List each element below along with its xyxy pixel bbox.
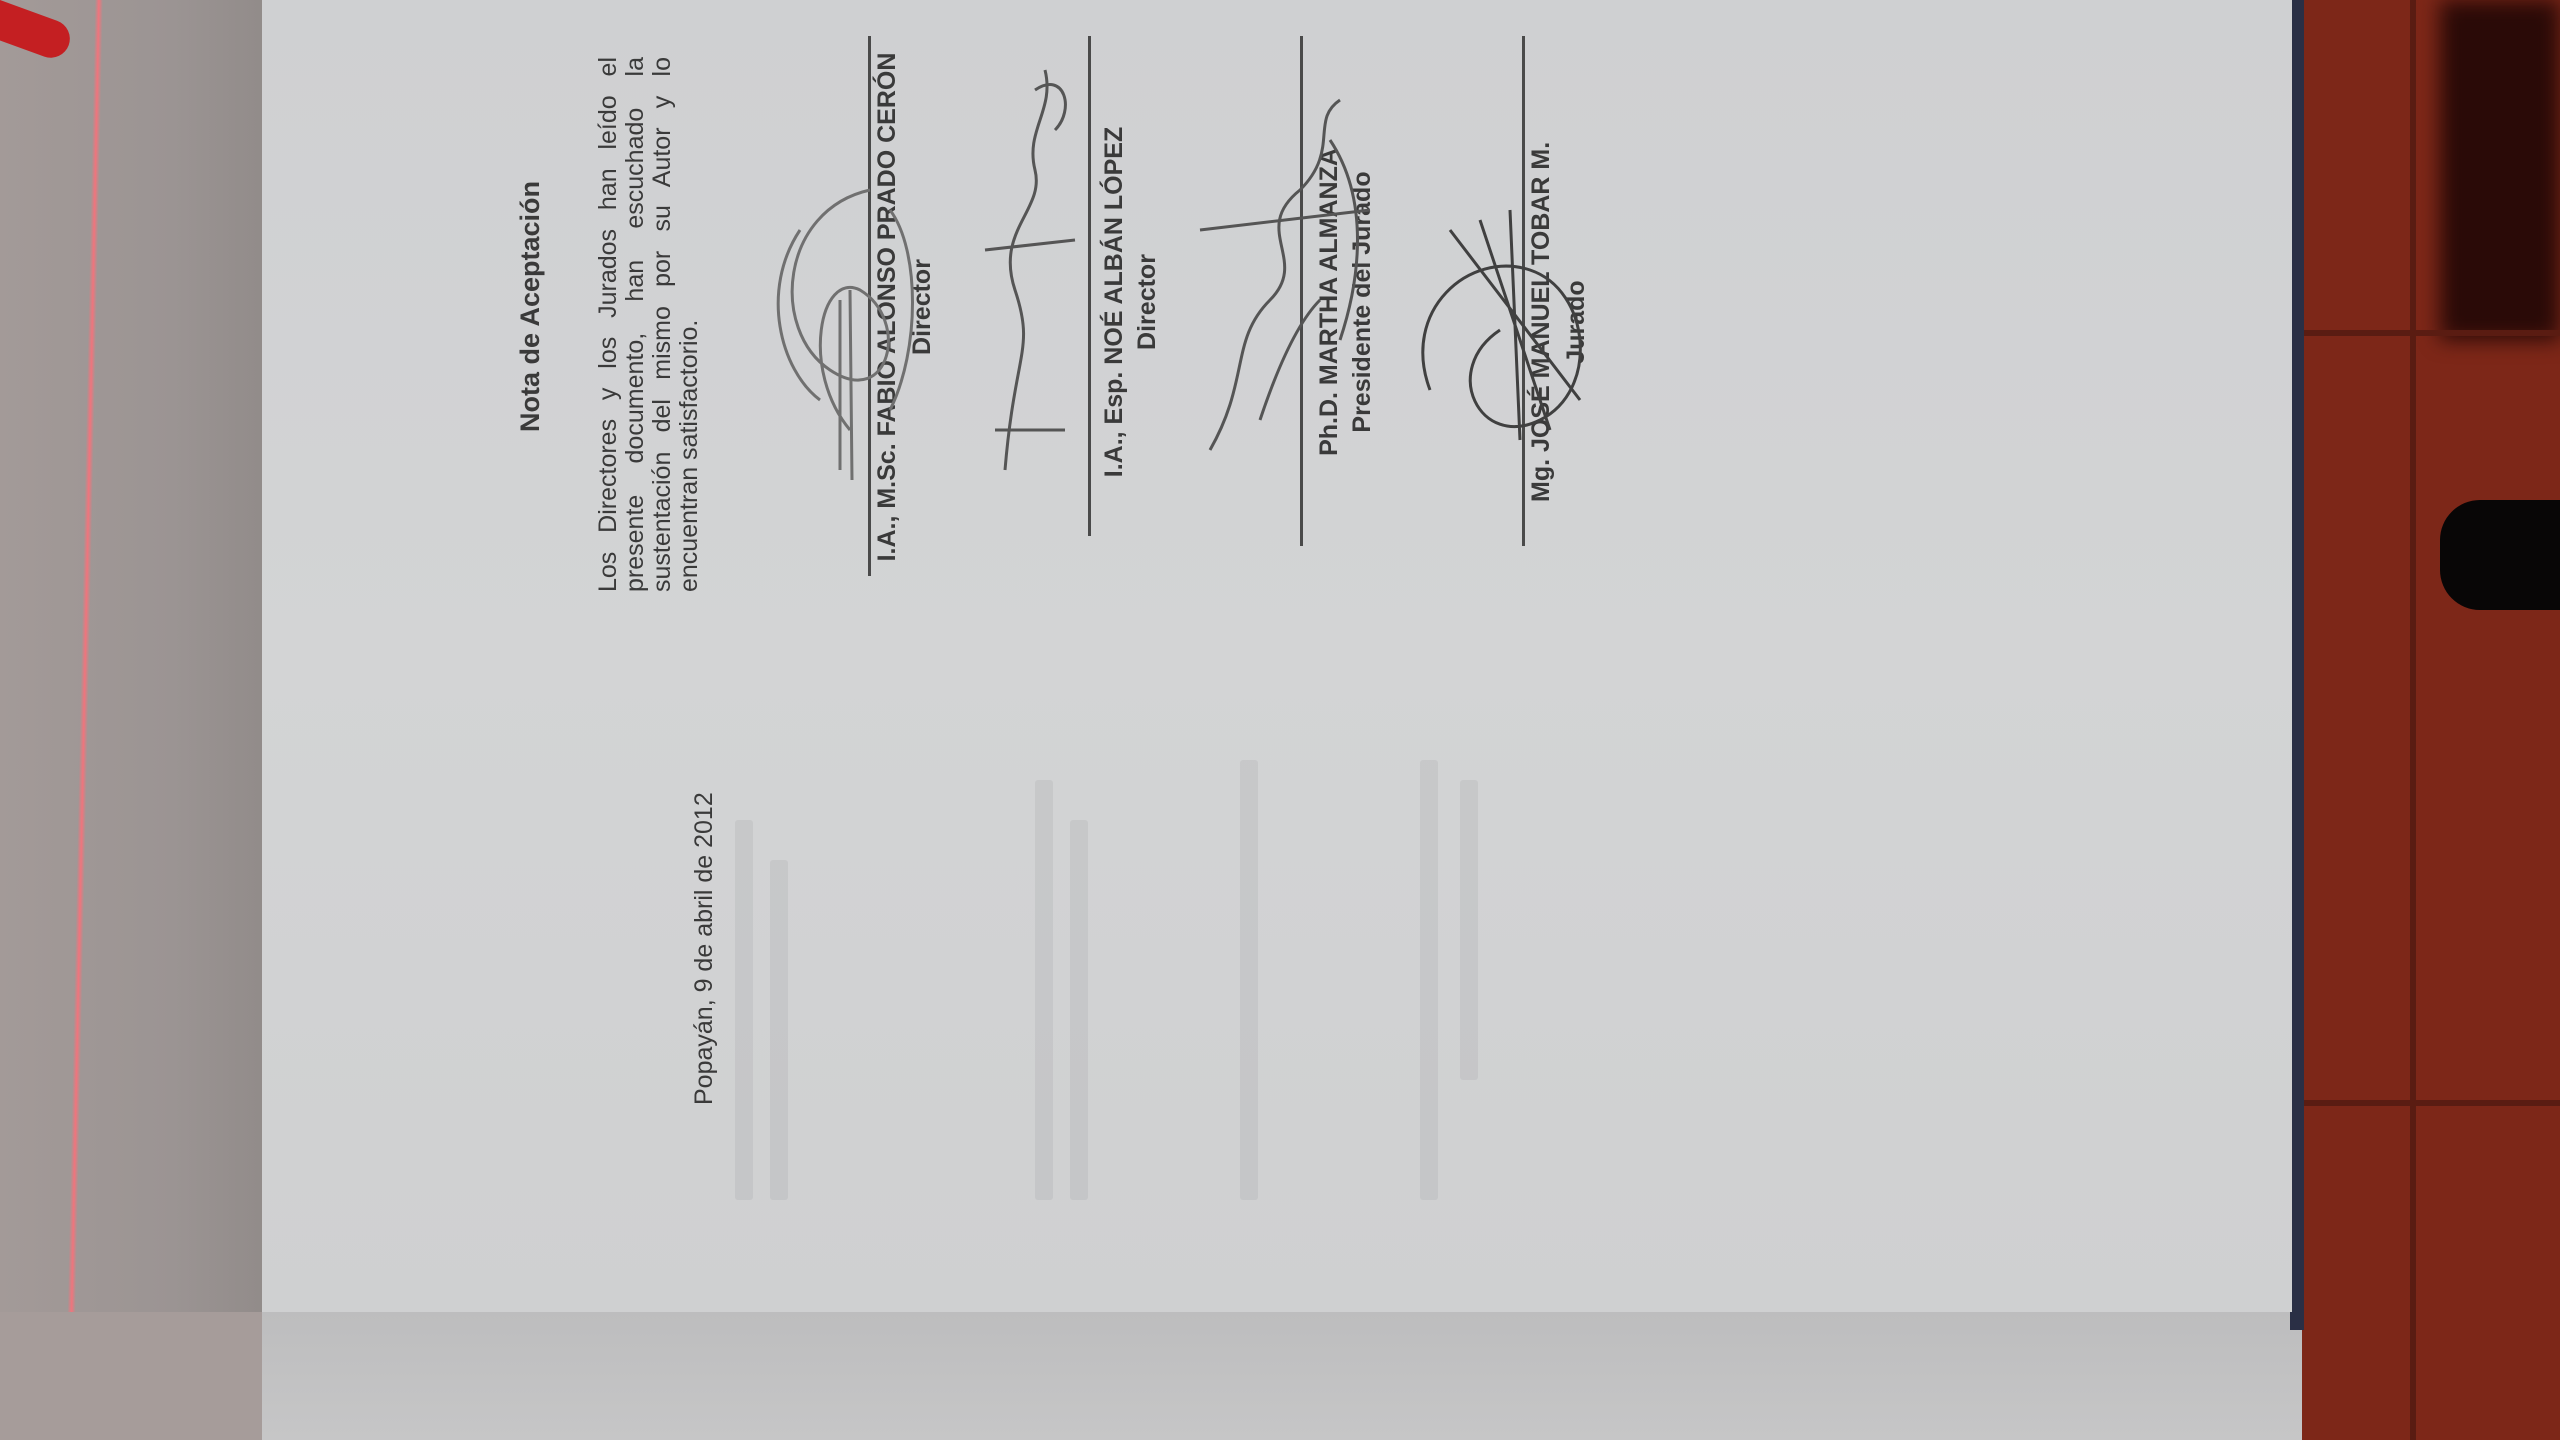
signatory-role: Presidente del Jurado	[1348, 132, 1377, 472]
signatory-name: Ph.D. MARTHA ALMANZA	[1315, 132, 1344, 472]
facing-page	[262, 1312, 2302, 1440]
book-cover-edge	[2290, 0, 2304, 1330]
tile-grout	[2300, 330, 2560, 336]
paragraph-line: Los Directores y los Jurados han leído e…	[595, 57, 622, 592]
signatory-name: Mg. JOSÉ MANUEL TOBAR M.	[1527, 142, 1556, 502]
tile-grout	[2300, 1100, 2560, 1106]
tile-grout	[2410, 0, 2416, 1440]
paragraph-line: sustentación del mismo por su Autor y lo	[649, 57, 676, 592]
signatory-role: Jurado	[1562, 142, 1591, 502]
tiled-floor	[2300, 0, 2560, 1440]
paragraph-line: presente documento, han escuchado la	[622, 57, 649, 592]
carpet-background	[0, 0, 290, 1440]
dark-object	[2440, 500, 2560, 610]
document-title: Nota de Aceptación	[515, 181, 546, 432]
floor-shadow	[2440, 0, 2560, 340]
place-date: Popayán, 9 de abril de 2012	[690, 792, 719, 1105]
signature-line	[1300, 36, 1303, 546]
signatory-name: I.A., M.Sc. FABIO ALONSO PRADO CERÓN	[873, 42, 902, 572]
signature-line	[868, 36, 871, 576]
signatory-role: Director	[1133, 52, 1162, 552]
paragraph-line: encuentran satisfactorio.	[676, 57, 703, 592]
signature-line	[1522, 36, 1525, 546]
carpet-background	[0, 1312, 262, 1440]
document-page	[262, 0, 2292, 1312]
signatory-role: Director	[908, 42, 937, 572]
signature-line	[1088, 36, 1091, 536]
signatory-name: I.A., Esp. NOÉ ALBÁN LÓPEZ	[1100, 52, 1129, 552]
acceptance-paragraph: Los Directores y los Jurados han leído e…	[595, 57, 703, 592]
